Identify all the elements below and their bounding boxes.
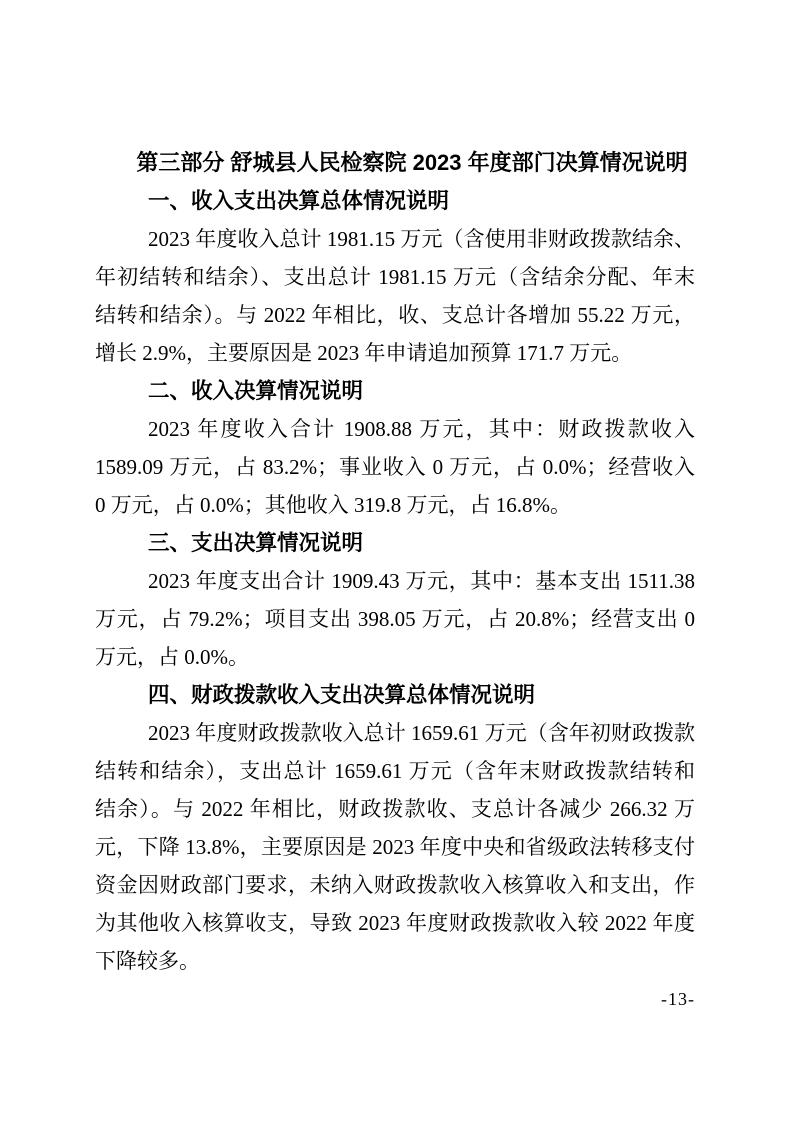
document-page: 第三部分 舒城县人民检察院 2023 年度部门决算情况说明 一、收入支出决算总体… bbox=[0, 0, 793, 1122]
paragraph-line: 2023 年度支出合计 1909.43 万元，其中：基本支出 1511.38 bbox=[95, 562, 695, 600]
paragraph-line: 结转和结余），支出总计 1659.61 万元（含年末财政拨款结转和 bbox=[95, 752, 695, 790]
section-heading: 三、支出决算情况说明 bbox=[95, 524, 695, 562]
paragraph-line: 万元，占 0.0%。 bbox=[95, 638, 695, 676]
paragraph-line: 万元，占 79.2%；项目支出 398.05 万元，占 20.8%；经营支出 0 bbox=[95, 600, 695, 638]
document-section: 四、财政拨款收入支出决算总体情况说明 2023 年度财政拨款收入总计 1659.… bbox=[95, 676, 695, 980]
paragraph-line: 增长 2.9%，主要原因是 2023 年申请追加预算 171.7 万元。 bbox=[95, 334, 695, 372]
section-paragraph: 2023 年度支出合计 1909.43 万元，其中：基本支出 1511.38万元… bbox=[95, 562, 695, 676]
paragraph-line: 元，下降 13.8%，主要原因是 2023 年度中央和省级政法转移支付 bbox=[95, 828, 695, 866]
document-section: 一、收入支出决算总体情况说明 2023 年度收入总计 1981.15 万元（含使… bbox=[95, 182, 695, 372]
section-paragraph: 2023 年度收入合计 1908.88 万元，其中：财政拨款收入1589.09 … bbox=[95, 410, 695, 524]
paragraph-line: 0 万元，占 0.0%；其他收入 319.8 万元，占 16.8%。 bbox=[95, 486, 695, 524]
paragraph-line: 资金因财政部门要求，未纳入财政拨款收入核算收入和支出，作 bbox=[95, 866, 695, 904]
section-heading: 四、财政拨款收入支出决算总体情况说明 bbox=[95, 676, 695, 714]
section-heading: 二、收入决算情况说明 bbox=[95, 372, 695, 410]
page-number: -13- bbox=[95, 988, 695, 1010]
paragraph-line: 下降较多。 bbox=[95, 942, 695, 980]
document-title: 第三部分 舒城县人民检察院 2023 年度部门决算情况说明 bbox=[95, 144, 695, 182]
paragraph-line: 1589.09 万元，占 83.2%；事业收入 0 万元，占 0.0%；经营收入 bbox=[95, 448, 695, 486]
paragraph-line: 2023 年度收入合计 1908.88 万元，其中：财政拨款收入 bbox=[95, 410, 695, 448]
paragraph-line: 年初结转和结余）、支出总计 1981.15 万元（含结余分配、年末 bbox=[95, 258, 695, 296]
document-section: 三、支出决算情况说明 2023 年度支出合计 1909.43 万元，其中：基本支… bbox=[95, 524, 695, 676]
document-sections: 一、收入支出决算总体情况说明 2023 年度收入总计 1981.15 万元（含使… bbox=[95, 182, 695, 980]
paragraph-line: 结转和结余）。与 2022 年相比，收、支总计各增加 55.22 万元， bbox=[95, 296, 695, 334]
section-heading: 一、收入支出决算总体情况说明 bbox=[95, 182, 695, 220]
section-paragraph: 2023 年度收入总计 1981.15 万元（含使用非财政拨款结余、年初结转和结… bbox=[95, 220, 695, 372]
paragraph-line: 为其他收入核算收支，导致 2023 年度财政拨款收入较 2022 年度 bbox=[95, 904, 695, 942]
paragraph-line: 2023 年度收入总计 1981.15 万元（含使用非财政拨款结余、 bbox=[95, 220, 695, 258]
document-section: 二、收入决算情况说明 2023 年度收入合计 1908.88 万元，其中：财政拨… bbox=[95, 372, 695, 524]
paragraph-line: 2023 年度财政拨款收入总计 1659.61 万元（含年初财政拨款 bbox=[95, 714, 695, 752]
section-paragraph: 2023 年度财政拨款收入总计 1659.61 万元（含年初财政拨款结转和结余）… bbox=[95, 714, 695, 980]
paragraph-line: 结余）。与 2022 年相比，财政拨款收、支总计各减少 266.32 万 bbox=[95, 790, 695, 828]
